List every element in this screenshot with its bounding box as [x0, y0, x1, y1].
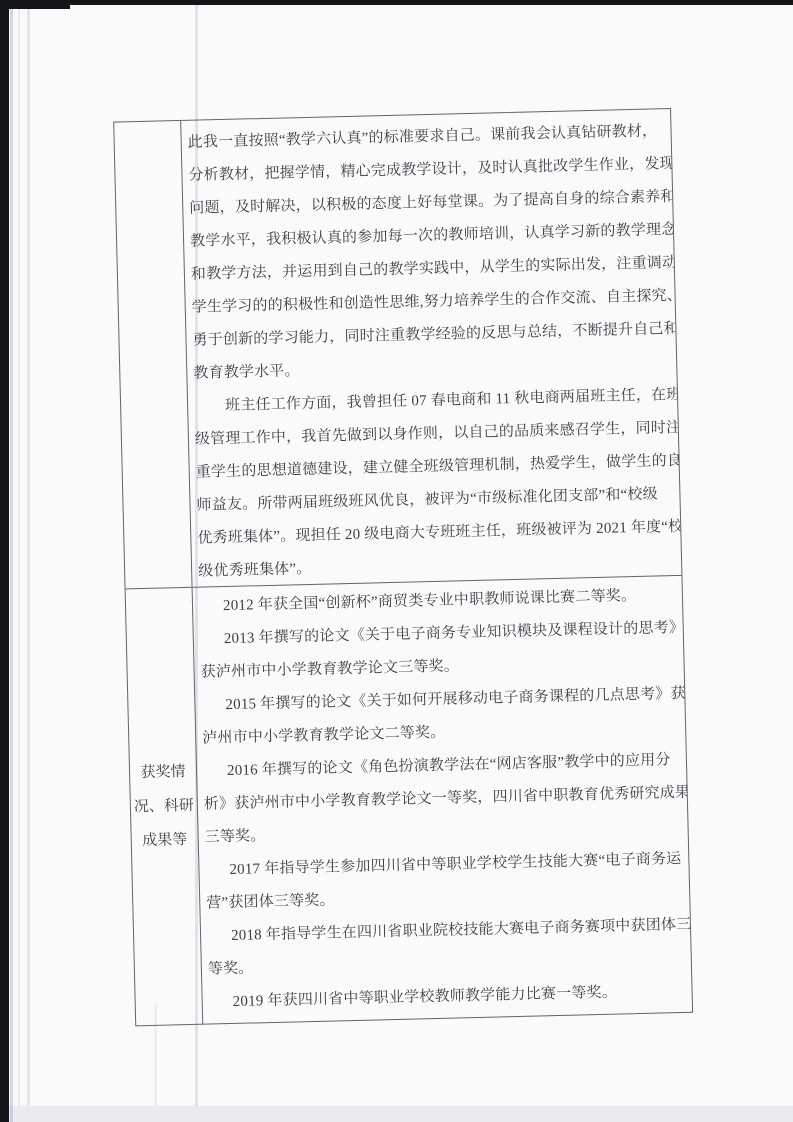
paper-fold-line [27, 0, 30, 1122]
cell-awards-label: 获奖情况、科研成果等 [126, 588, 204, 1026]
cell-teaching-content: 此我一直按照“教学六认真”的标准要求自己。课前我会认真钻研教材，分析教材，把握学… [181, 109, 681, 587]
table-row-teaching: 此我一直按照“教学六认真”的标准要求自己。课前我会认真钻研教材，分析教材，把握学… [114, 109, 681, 588]
scan-edge-top [0, 0, 793, 5]
scan-edge-highlight [10, 0, 13, 1122]
cell-teaching-label [114, 121, 192, 588]
resume-table: 此我一直按照“教学六认真”的标准要求自己。课前我会认真钻研教材，分析教材，把握学… [113, 108, 693, 1026]
text-line: 况、科研 [133, 789, 194, 824]
scan-edge-left [0, 0, 9, 1122]
scan-shadow-bottom [0, 1106, 793, 1122]
paper-fold-line [18, 0, 20, 1122]
scan-edge-top-left [0, 0, 70, 9]
cell-awards-content: 2012 年获全国“创新杯”商贸类专业中职教师说课比赛二等奖。2013 年撰写的… [193, 576, 693, 1024]
table-row-awards: 获奖情况、科研成果等 2012 年获全国“创新杯”商贸类专业中职教师说课比赛二等… [126, 575, 693, 1025]
text-line: 成果等 [142, 823, 188, 858]
text-line: 获奖情 [140, 755, 186, 790]
